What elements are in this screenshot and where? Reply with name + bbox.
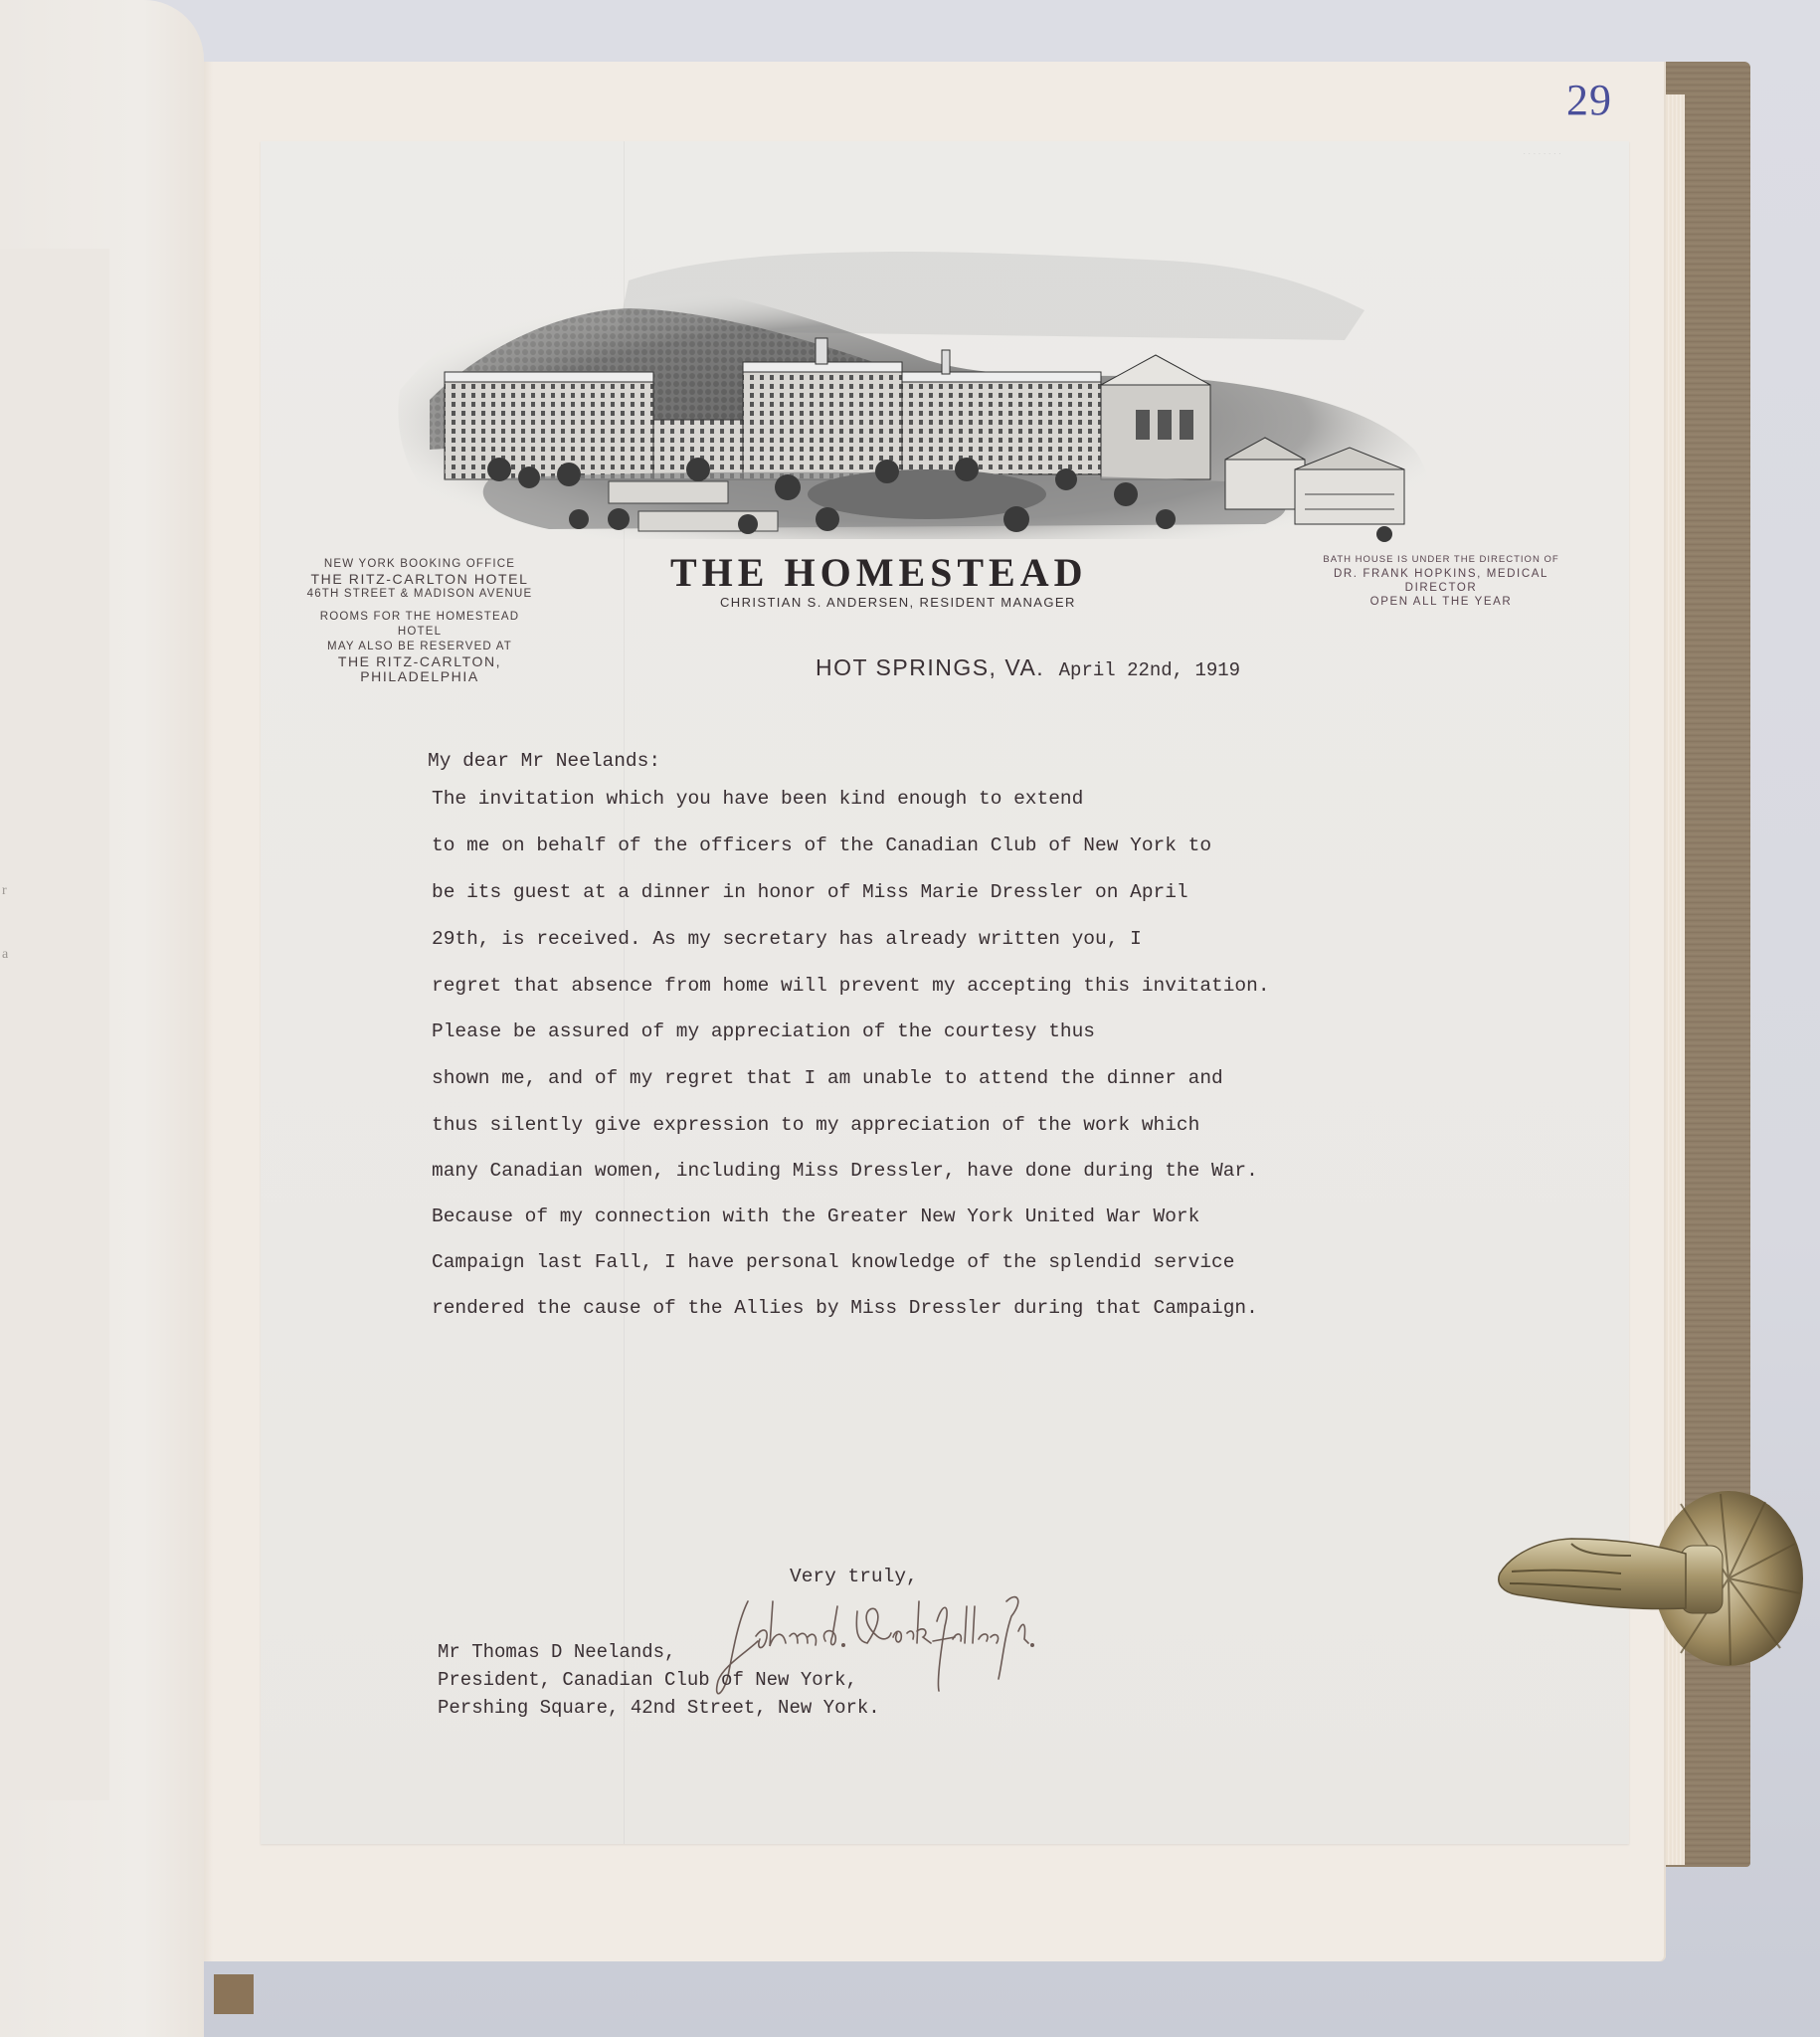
place-name: HOT SPRINGS, VA. bbox=[816, 654, 1044, 680]
booking-office-line: THE RITZ-CARLTON HOTEL bbox=[300, 572, 539, 587]
hand-page-clip bbox=[1482, 1484, 1808, 1673]
body-line: Because of my connection with the Greate… bbox=[432, 1205, 1199, 1227]
left-page-mark: a bbox=[2, 947, 8, 963]
booking-office-line: 46TH STREET & MADISON AVENUE bbox=[300, 587, 539, 602]
booking-office-block: NEW YORK BOOKING OFFICE THE RITZ-CARLTON… bbox=[300, 557, 539, 684]
addressee-line: Mr Thomas D Neelands, bbox=[438, 1641, 675, 1663]
booking-office-line: MAY ALSO BE RESERVED AT bbox=[300, 640, 539, 654]
left-page: r a bbox=[0, 0, 204, 2037]
bath-house-line: OPEN ALL THE YEAR bbox=[1317, 595, 1565, 609]
booking-office-line: NEW YORK BOOKING OFFICE bbox=[300, 557, 539, 572]
body-line: be its guest at a dinner in honor of Mis… bbox=[432, 881, 1188, 903]
book-cover-bottom bbox=[214, 1974, 254, 2014]
booking-office-line: ROOMS FOR THE HOMESTEAD HOTEL bbox=[300, 610, 539, 640]
bath-house-line: BATH HOUSE IS UNDER THE DIRECTION OF bbox=[1317, 553, 1565, 567]
printer-mark: · · · · · · · · bbox=[1524, 151, 1561, 157]
letter-date: April 22nd, 1919 bbox=[1059, 659, 1240, 681]
body-line: many Canadian women, including Miss Dres… bbox=[432, 1160, 1258, 1182]
hotel-engraving bbox=[370, 221, 1494, 549]
body-line: thus silently give expression to my appr… bbox=[432, 1114, 1199, 1136]
booking-office-line: THE RITZ-CARLTON, PHILADELPHIA bbox=[300, 654, 539, 684]
body-line: rendered the cause of the Allies by Miss… bbox=[432, 1297, 1258, 1319]
body-line: shown me, and of my regret that I am una… bbox=[432, 1067, 1223, 1089]
page-number: 29 bbox=[1566, 75, 1612, 125]
body-line: 29th, is received. As my secretary has a… bbox=[432, 928, 1142, 950]
addressee-line: President, Canadian Club of New York, bbox=[438, 1669, 857, 1691]
letter-sheet: · · · · · · · · bbox=[261, 141, 1629, 1844]
hotel-engraving-icon bbox=[370, 221, 1494, 549]
body-line: regret that absence from home will preve… bbox=[432, 975, 1270, 997]
left-page-sheet bbox=[0, 249, 109, 1800]
body-line: Please be assured of my appreciation of … bbox=[432, 1020, 1095, 1042]
salutation: My dear Mr Neelands: bbox=[428, 750, 660, 772]
resident-manager: CHRISTIAN S. ANDERSEN, RESIDENT MANAGER bbox=[720, 595, 1076, 610]
left-page-mark: r bbox=[2, 883, 7, 899]
body-line: to me on behalf of the officers of the C… bbox=[432, 834, 1211, 856]
bath-house-line: DR. FRANK HOPKINS, MEDICAL DIRECTOR bbox=[1317, 567, 1565, 595]
hotel-name: THE HOMESTEAD bbox=[670, 549, 1187, 596]
signature-icon bbox=[708, 1581, 1066, 1711]
bath-house-block: BATH HOUSE IS UNDER THE DIRECTION OF DR.… bbox=[1317, 553, 1565, 609]
signature bbox=[708, 1581, 1066, 1711]
dateline: HOT SPRINGS, VA. April 22nd, 1919 bbox=[816, 654, 1240, 681]
body-line: The invitation which you have been kind … bbox=[432, 788, 1083, 810]
addressee-line: Pershing Square, 42nd Street, New York. bbox=[438, 1697, 880, 1719]
hand-clip-icon bbox=[1482, 1484, 1808, 1673]
body-line: Campaign last Fall, I have personal know… bbox=[432, 1251, 1234, 1273]
